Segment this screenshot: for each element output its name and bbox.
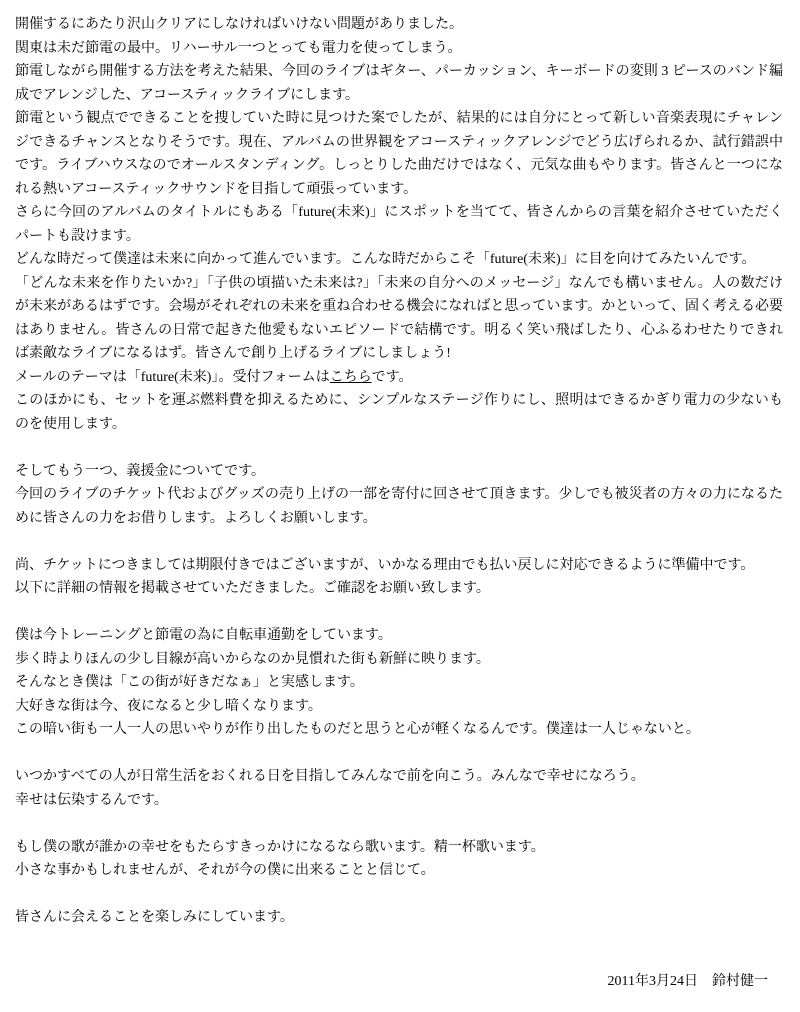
text-line: 「どんな未来を作りたいか?」「子供の頃描いた未来は?」「未来の自分へのメッセージ…	[15, 272, 783, 366]
text-segment: です。	[372, 370, 413, 385]
text-line: 大好きな街は今、夜になると少し暗くなります。	[15, 695, 783, 719]
text-line: どんな時だって僕達は未来に向かって進んでいます。こんな時だからこそ「future…	[15, 248, 783, 272]
text-line: 以下に詳細の情報を掲載させていただきました。ご確認をお願い致します。	[15, 577, 783, 601]
text-segment: メールのテーマは「future(未来)」。受付フォームは	[15, 370, 330, 385]
text-line: この暗い街も一人一人の思いやりが作り出したものだと思うと心が軽くなるんです。僕達…	[15, 718, 783, 742]
paragraph-block: そしてもう一つ、義援金についてです。今回のライブのチケット代およびグッズの売り上…	[15, 460, 783, 531]
text-line: さらに今回のアルバムのタイトルにもある「future(未来)」にスポットを当てて…	[15, 201, 783, 248]
text-line: 幸せは伝染するんです。	[15, 789, 783, 813]
text-line: もし僕の歌が誰かの幸せをもたらすきっかけになるなら歌います。精一杯歌います。	[15, 836, 783, 860]
paragraph-block: いつかすべての人が日常生活をおくれる日を目指してみんなで前を向こう。みんなで幸せ…	[15, 765, 783, 812]
text-line: いつかすべての人が日常生活をおくれる日を目指してみんなで前を向こう。みんなで幸せ…	[15, 765, 783, 789]
text-line: 皆さんに会えることを楽しみにしています。	[15, 906, 783, 930]
text-line: 今回のライブのチケット代およびグッズの売り上げの一部を寄付に回させて頂きます。少…	[15, 483, 783, 530]
text-line: そんなとき僕は「この街が好きだなぁ」と実感します。	[15, 671, 783, 695]
paragraph-block: 僕は今トレーニングと節電の為に自転車通勤をしています。歩く時よりほんの少し目線が…	[15, 624, 783, 742]
text-line: 開催するにあたり沢山クリアにしなければいけない問題がありました。	[15, 13, 783, 37]
text-line: そしてもう一つ、義援金についてです。	[15, 460, 783, 484]
paragraph-block: 尚、チケットにつきましては期限付きではございますが、いかなる理由でも払い戻しに対…	[15, 554, 783, 601]
text-line: 関東は未だ節電の最中。リハーサル一つとっても電力を使ってしまう。	[15, 37, 783, 61]
letter-body: 開催するにあたり沢山クリアにしなければいけない問題がありました。関東は未だ節電の…	[0, 0, 800, 993]
text-line: メールのテーマは「future(未来)」。受付フォームはこちらです。	[15, 366, 783, 390]
paragraph-block: 開催するにあたり沢山クリアにしなければいけない問題がありました。関東は未だ節電の…	[15, 13, 783, 436]
reception-form-link[interactable]: こちら	[330, 370, 372, 385]
text-line: 節電という観点でできることを捜していた時に見つけた案でしたが、結果的には自分にと…	[15, 107, 783, 201]
text-line: このほかにも、セットを運ぶ燃料費を抑えるために、シンプルなステージ作りにし、照明…	[15, 389, 783, 436]
paragraph-block: 皆さんに会えることを楽しみにしています。	[15, 906, 783, 930]
letter-blocks: 開催するにあたり沢山クリアにしなければいけない問題がありました。関東は未だ節電の…	[15, 13, 783, 930]
signature-line: 2011年3月24日 鈴村健一	[15, 970, 783, 994]
text-line: 小さな事かもしれませんが、それが今の僕に出来ることと信じて。	[15, 859, 783, 883]
text-line: 歩く時よりほんの少し目線が高いからなのか見慣れた街も新鮮に映ります。	[15, 648, 783, 672]
text-line: 僕は今トレーニングと節電の為に自転車通勤をしています。	[15, 624, 783, 648]
paragraph-block: もし僕の歌が誰かの幸せをもたらすきっかけになるなら歌います。精一杯歌います。小さ…	[15, 836, 783, 883]
text-line: 節電しながら開催する方法を考えた結果、今回のライブはギター、パーカッション、キー…	[15, 60, 783, 107]
text-line: 尚、チケットにつきましては期限付きではございますが、いかなる理由でも払い戻しに対…	[15, 554, 783, 578]
